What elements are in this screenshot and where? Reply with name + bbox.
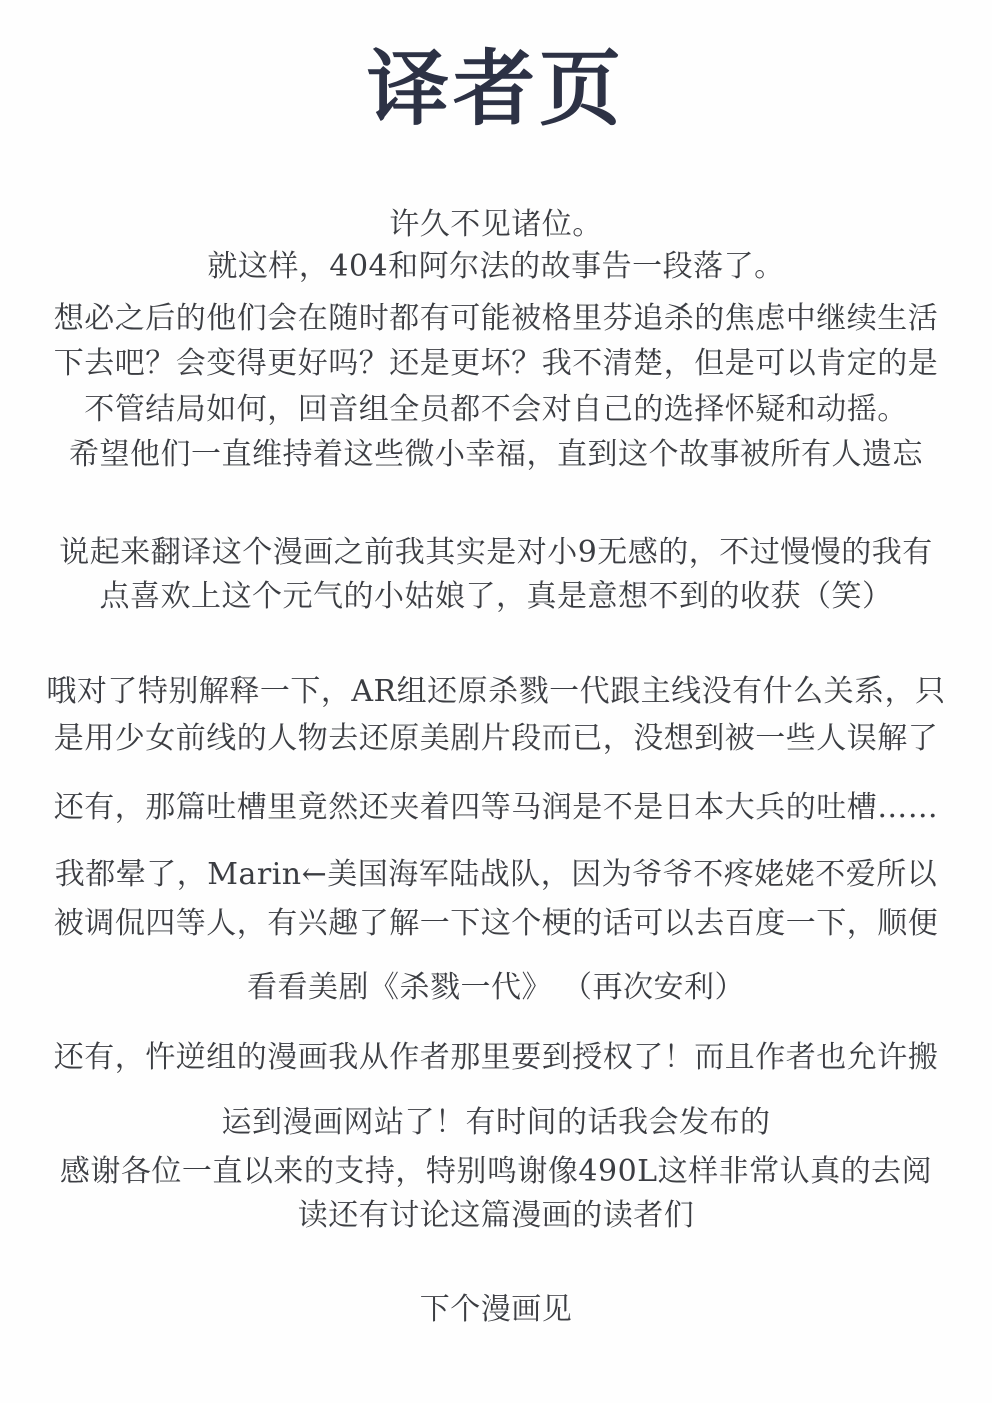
text-line: 读还有讨论这篇漫画的读者们 (0, 1194, 992, 1238)
text-line: 运到漫画网站了！有时间的话我会发布的 (0, 1101, 992, 1145)
text-line: 点喜欢上这个元气的小姑娘了，真是意想不到的收获（笑） (0, 575, 992, 619)
text-line: 想必之后的他们会在随时都有可能被格里芬追杀的焦虑中继续生活 (0, 297, 992, 341)
text-line: 许久不见诸位。 (0, 203, 992, 247)
text-line: 被调侃四等人，有兴趣了解一下这个梗的话可以去百度一下，顺便 (0, 902, 992, 946)
text-line: 是用少女前线的人物去还原美剧片段而已，没想到被一些人误解了 (0, 717, 992, 761)
text-line: 下去吧？会变得更好吗？还是更坏？我不清楚，但是可以肯定的是 (0, 342, 992, 386)
text-line: 哦对了特别解释一下，AR组还原杀戮一代跟主线没有什么关系，只 (0, 670, 992, 714)
text-line: 就这样，404和阿尔法的故事告一段落了。 (0, 245, 992, 289)
text-line: 说起来翻译这个漫画之前我其实是对小9无感的，不过慢慢的我有 (0, 531, 992, 575)
text-line: 还有，那篇吐槽里竟然还夹着四等马润是不是日本大兵的吐槽…… (0, 786, 992, 830)
text-line: 我都晕了，Marin←美国海军陆战队，因为爷爷不疼姥姥不爱所以 (0, 853, 992, 897)
text-line: 下个漫画见 (0, 1288, 992, 1332)
text-line: 看看美剧《杀戮一代》 （再次安利） (0, 966, 992, 1010)
text-line: 希望他们一直维持着这些微小幸福，直到这个故事被所有人遗忘 (0, 433, 992, 477)
translator-note-page: 译者页 许久不见诸位。 就这样，404和阿尔法的故事告一段落了。 想必之后的他们… (0, 0, 992, 1403)
text-line: 感谢各位一直以来的支持，特别鸣谢像490L这样非常认真的去阅 (0, 1150, 992, 1194)
page-title: 译者页 (0, 34, 992, 144)
text-line: 不管结局如何，回音组全员都不会对自己的选择怀疑和动摇。 (0, 388, 992, 432)
text-line: 还有，忤逆组的漫画我从作者那里要到授权了！而且作者也允许搬 (0, 1036, 992, 1080)
